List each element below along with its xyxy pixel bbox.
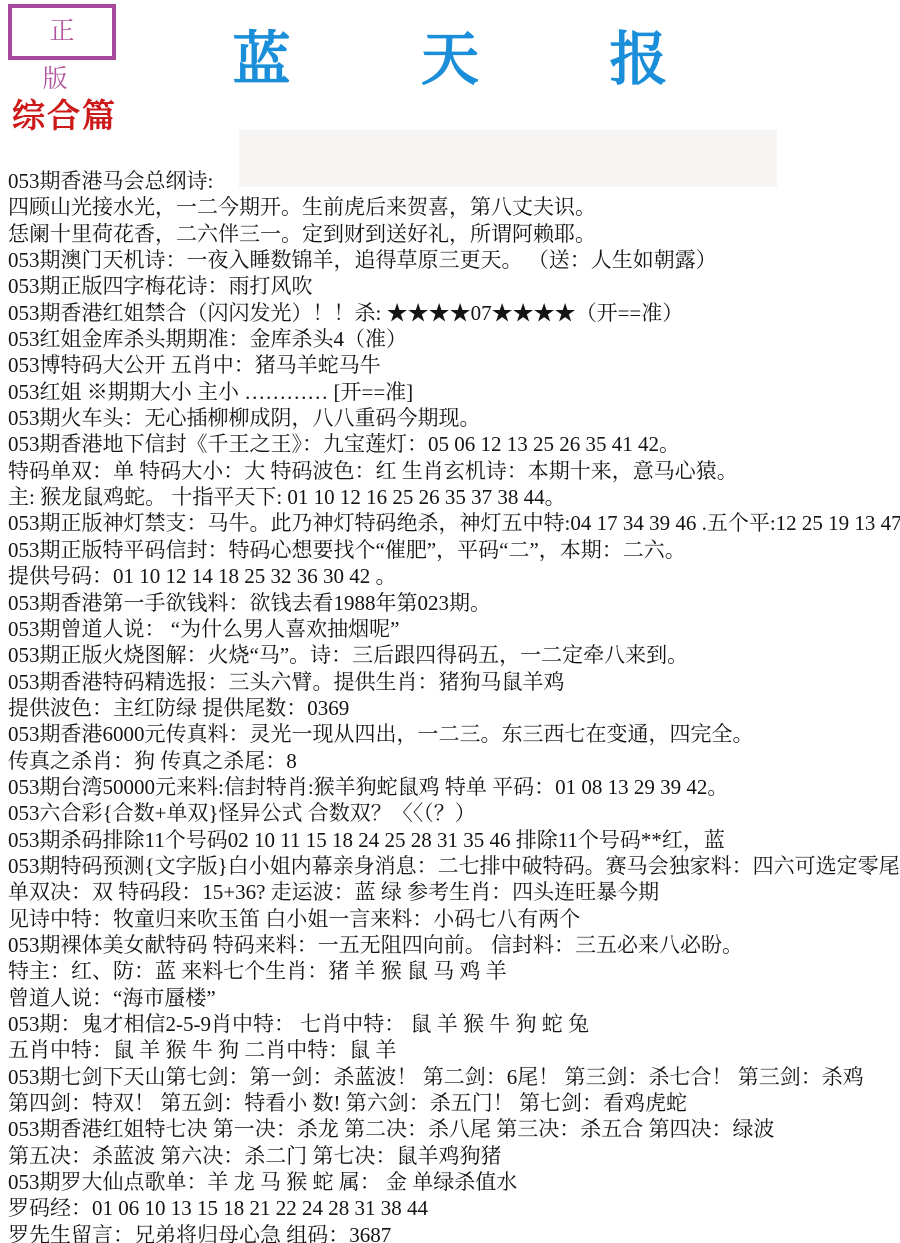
report-line: 053期香港特码精选报：三头六臂。提供生肖：猪狗马鼠羊鸡 bbox=[8, 669, 900, 695]
report-line: 特码单双：单 特码大小：大 特码波色：红 生肖玄机诗：本期十来，意马心猿。 bbox=[8, 458, 900, 484]
report-line: 053期正版火烧图解：火烧“马”。诗：三后跟四得码五，一二定牵八来到。 bbox=[8, 642, 900, 668]
report-body: 053期香港马会总纲诗:四顾山光接水光，一二今期开。生前虎后来贺喜，第八丈夫识。… bbox=[8, 168, 900, 1243]
report-line: 第五决：杀蓝波 第六决：杀二门 第七决：鼠羊鸡狗猪 bbox=[8, 1143, 900, 1169]
report-line: 053期裸体美女献特码 特码来料：一五无阻四向前。 信封料：三五必来八必盼。 bbox=[8, 932, 900, 958]
report-line: 主: 猴龙鼠鸡蛇。 十指平天下: 01 10 12 16 25 26 35 37… bbox=[8, 484, 900, 510]
report-line: 053红姐金库杀头期期准：金库杀头4（准） bbox=[8, 326, 900, 352]
report-line: 053期香港6000元传真料：灵光一现从四出，一二三。东三西七在变通，四完全。 bbox=[8, 721, 900, 747]
report-line: 053期香港马会总纲诗: bbox=[8, 168, 900, 194]
report-line: 特主：红、防：蓝 来料七个生肖：猪 羊 猴 鼠 马 鸡 羊 bbox=[8, 958, 900, 984]
report-line: 053期香港红姐特七决 第一决：杀龙 第二决：杀八尾 第三决：杀五合 第四决：绿… bbox=[8, 1116, 900, 1142]
report-line: 罗码经：01 06 10 13 15 18 21 22 24 28 31 38 … bbox=[8, 1195, 900, 1221]
report-page: 正 版 蓝 天 报 综合篇 053期香港马会总纲诗:四顾山光接水光，一二今期开。… bbox=[0, 0, 900, 1243]
report-line: 053红姐 ※期期大小 主小 ………… [开==准] bbox=[8, 379, 900, 405]
report-line: 罗先生留言：兄弟将归母心急 组码：3687 bbox=[8, 1222, 900, 1243]
report-line: 053六合彩{合数+单双}怪异公式 合数双？〈〈（？） bbox=[8, 800, 900, 826]
section-title: 综合篇 bbox=[12, 90, 117, 137]
report-line: 053期香港第一手欲钱料：欲钱去看1988年第023期。 bbox=[8, 590, 900, 616]
report-line: 053期澳门天机诗：一夜入睡数锦羊，追得草原三更天。 （送：人生如朝露） bbox=[8, 247, 900, 273]
report-line: 五肖中特：鼠 羊 猴 牛 狗 二肖中特：鼠 羊 bbox=[8, 1037, 900, 1063]
report-line: 053期曾道人说： “为什么男人喜欢抽烟呢” bbox=[8, 616, 900, 642]
report-line: 单双决：双 特码段：15+36? 走运波：蓝 绿 参考生肖：四头连旺暴今期 bbox=[8, 879, 900, 905]
report-line: 053期七剑下天山第七剑：第一剑：杀蓝波！ 第二剑：6尾！ 第三剑：杀七合！ 第… bbox=[8, 1064, 900, 1090]
report-line: 传真之杀肖：狗 传真之杀尾：8 bbox=[8, 748, 900, 774]
report-line: 053期香港红姐禁合（闪闪发光）！！杀: ★★★★07★★★★（开==准） bbox=[8, 300, 900, 326]
report-line: 053期正版神灯禁支：马牛。此乃神灯特码绝杀，神灯五中特:04 17 34 39… bbox=[8, 510, 900, 536]
report-line: 四顾山光接水光，一二今期开。生前虎后来贺喜，第八丈夫识。 bbox=[8, 194, 900, 220]
report-line: 053期火车头：无心插柳柳成阴，八八重码今期现。 bbox=[8, 405, 900, 431]
page-title: 蓝 天 报 bbox=[0, 12, 900, 96]
report-line: 提供波色：主红防绿 提供尾数：0369 bbox=[8, 695, 900, 721]
report-line: 提供号码：01 10 12 14 18 25 32 36 30 42 。 bbox=[8, 563, 900, 589]
report-line: 053期台湾50000元来料:信封特肖:猴羊狗蛇鼠鸡 特单 平码：01 08 1… bbox=[8, 774, 900, 800]
report-line: 053期香港地下信封《千王之王》：九宝莲灯：05 06 12 13 25 26 … bbox=[8, 431, 900, 457]
report-line: 053期正版特平码信封：特码心想要找个“催肥”，平码“二”，本期：二六。 bbox=[8, 537, 900, 563]
report-line: 恁阑十里荷花香，二六伴三一。定到财到送好礼，所谓阿赖耶。 bbox=[8, 221, 900, 247]
report-line: 053期罗大仙点歌单：羊 龙 马 猴 蛇 属： 金 单绿杀值水 bbox=[8, 1169, 900, 1195]
report-line: 053期特码预测{文字版}白小姐内幕亲身消息：二七排中破特码。赛马会独家料：四六… bbox=[8, 853, 900, 879]
report-line: 053期杀码排除11个号码02 10 11 15 18 24 25 28 31 … bbox=[8, 827, 900, 853]
report-line: 见诗中特：牧童归来吹玉笛 白小姐一言来料：小码七八有两个 bbox=[8, 906, 900, 932]
report-line: 曾道人说：“海市蜃楼” bbox=[8, 985, 900, 1011]
report-line: 第四剑：特双！ 第五剑：特看小 数! 第六剑：杀五门！ 第七剑：看鸡虎蛇 bbox=[8, 1090, 900, 1116]
report-line: 053期正版四字梅花诗：雨打风吹 bbox=[8, 273, 900, 299]
report-line: 053博特码大公开 五肖中：猪马羊蛇马牛 bbox=[8, 352, 900, 378]
report-line: 053期：鬼才相信2-5-9肖中特： 七肖中特： 鼠 羊 猴 牛 狗 蛇 兔 bbox=[8, 1011, 900, 1037]
